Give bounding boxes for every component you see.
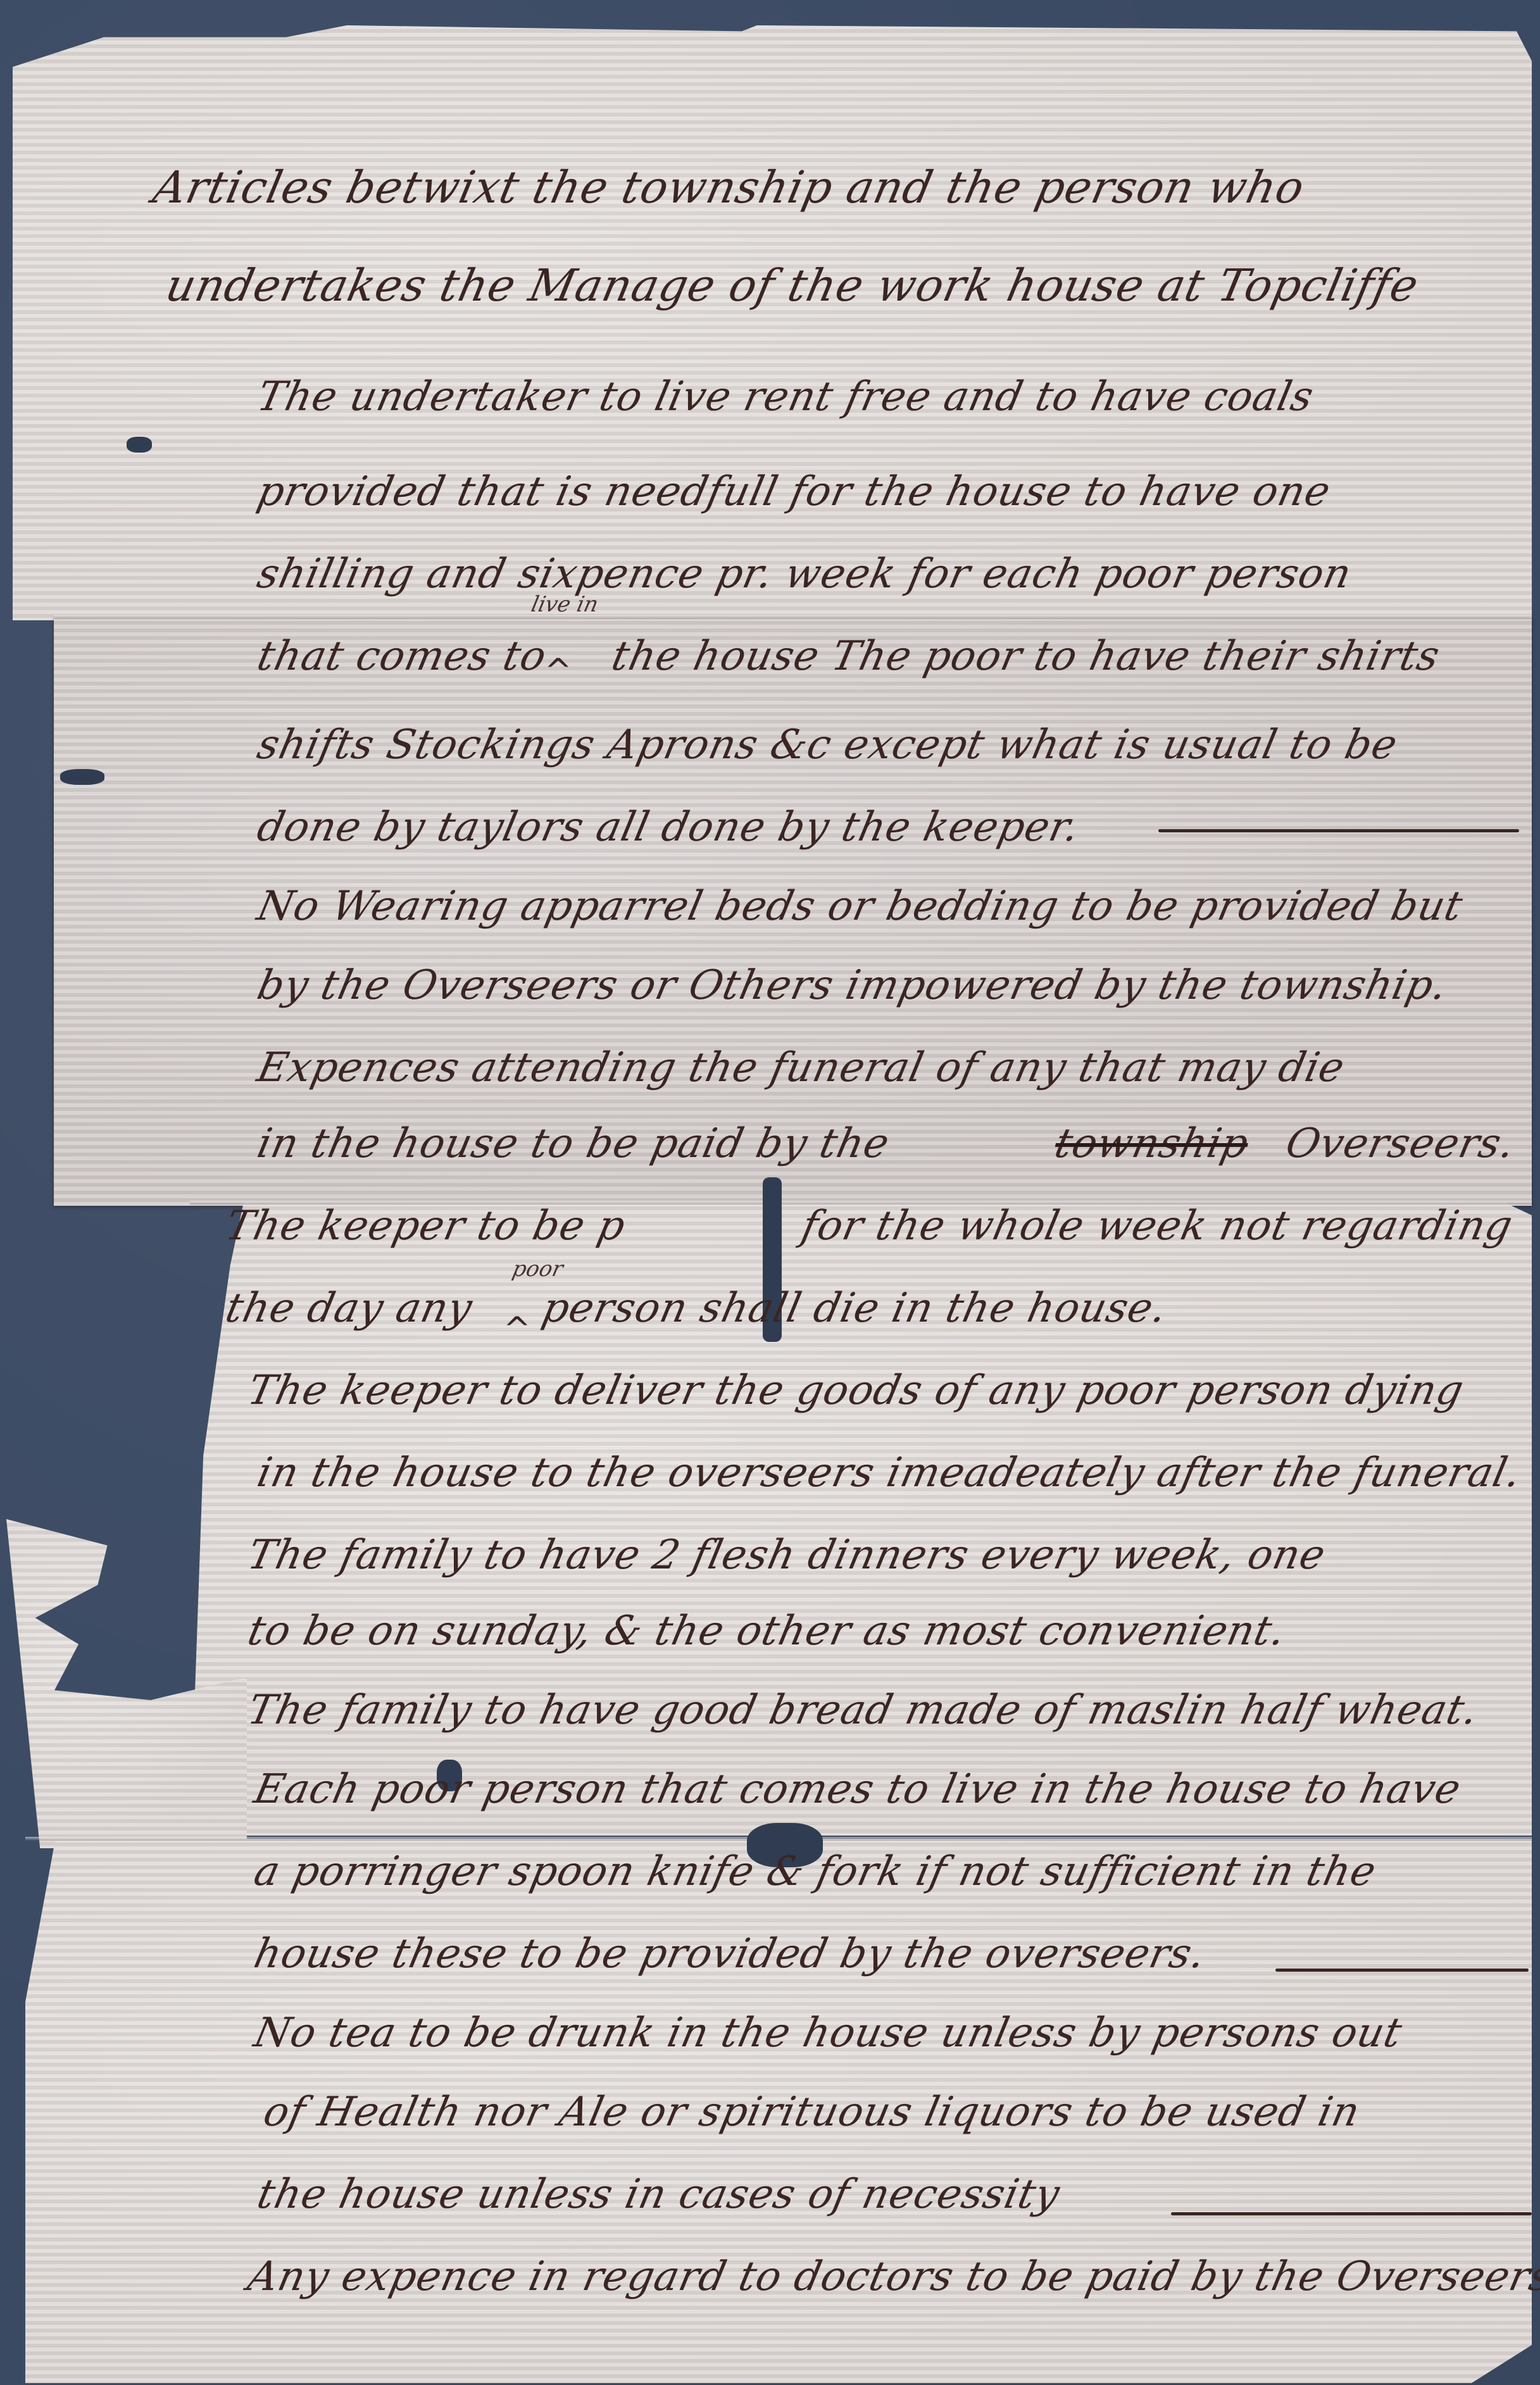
text-line: Expences attending the funeral of any th… [253,1044,1349,1091]
text-line: provided that is needfull for the house … [253,468,1335,515]
title-line-1: Articles betwixt the township and the pe… [149,161,1309,213]
text-line: done by taylors all done by the keeper. [253,804,1084,851]
text-line: Overseers. [1282,1120,1519,1167]
struck-word: township [1051,1120,1253,1167]
text-line: Any expence in regard to doctors to be p… [244,2253,1540,2300]
title-line-2: undertakes the Manage of the work house … [161,260,1424,311]
text-line: by the Overseers or Others impowered by … [253,962,1451,1009]
text-line: for the whole week not regarding [798,1203,1517,1249]
insertion-poor: poor [510,1256,565,1282]
insertion-caret: ^ [544,652,572,690]
manuscript-text: Articles betwixt the township and the pe… [0,0,1540,2385]
text-line: The family to have good bread made of ma… [244,1687,1482,1734]
text-line: The keeper to deliver the goods of any p… [244,1367,1468,1414]
text-line: a porringer spoon knife & fork if not su… [250,1848,1380,1895]
text-line: the day any [222,1285,477,1332]
text-line: in the house to the overseers imeadeatel… [253,1449,1525,1496]
text-line: house these to be provided by the overse… [250,1931,1210,1977]
text-line: No Wearing apparrel beds or bedding to b… [253,883,1467,930]
text-line: of Health nor Ale or spirituous liquors … [260,2089,1364,2136]
section-rule [1171,2212,1532,2215]
text-line: Each poor person that comes to live in t… [250,1766,1465,1813]
section-rule [1275,1969,1529,1972]
text-line: shifts Stockings Aprons &c except what i… [253,722,1402,768]
text-line: The keeper to be p [222,1203,630,1249]
text-line: The family to have 2 flesh dinners every… [244,1532,1330,1579]
text-line: The undertaker to live rent free and to … [253,373,1318,420]
text-line: the house unless in cases of necessity [253,2171,1064,2218]
text-line: shilling and sixpence pr. week for each … [253,551,1356,598]
insertion-caret: ^ [503,1310,531,1348]
text-line: the house The poor to have their shirts [608,633,1444,680]
insertion-live-in: live in [529,592,601,617]
text-line: person shall die in the house. [538,1285,1171,1332]
text-line: No tea to be drunk in the house unless b… [250,2010,1406,2056]
text-line: to be on sunday, & the other as most con… [244,1608,1290,1655]
section-rule [1158,829,1519,832]
text-line: that comes to [253,633,551,680]
text-line: in the house to be paid by the [253,1120,894,1167]
